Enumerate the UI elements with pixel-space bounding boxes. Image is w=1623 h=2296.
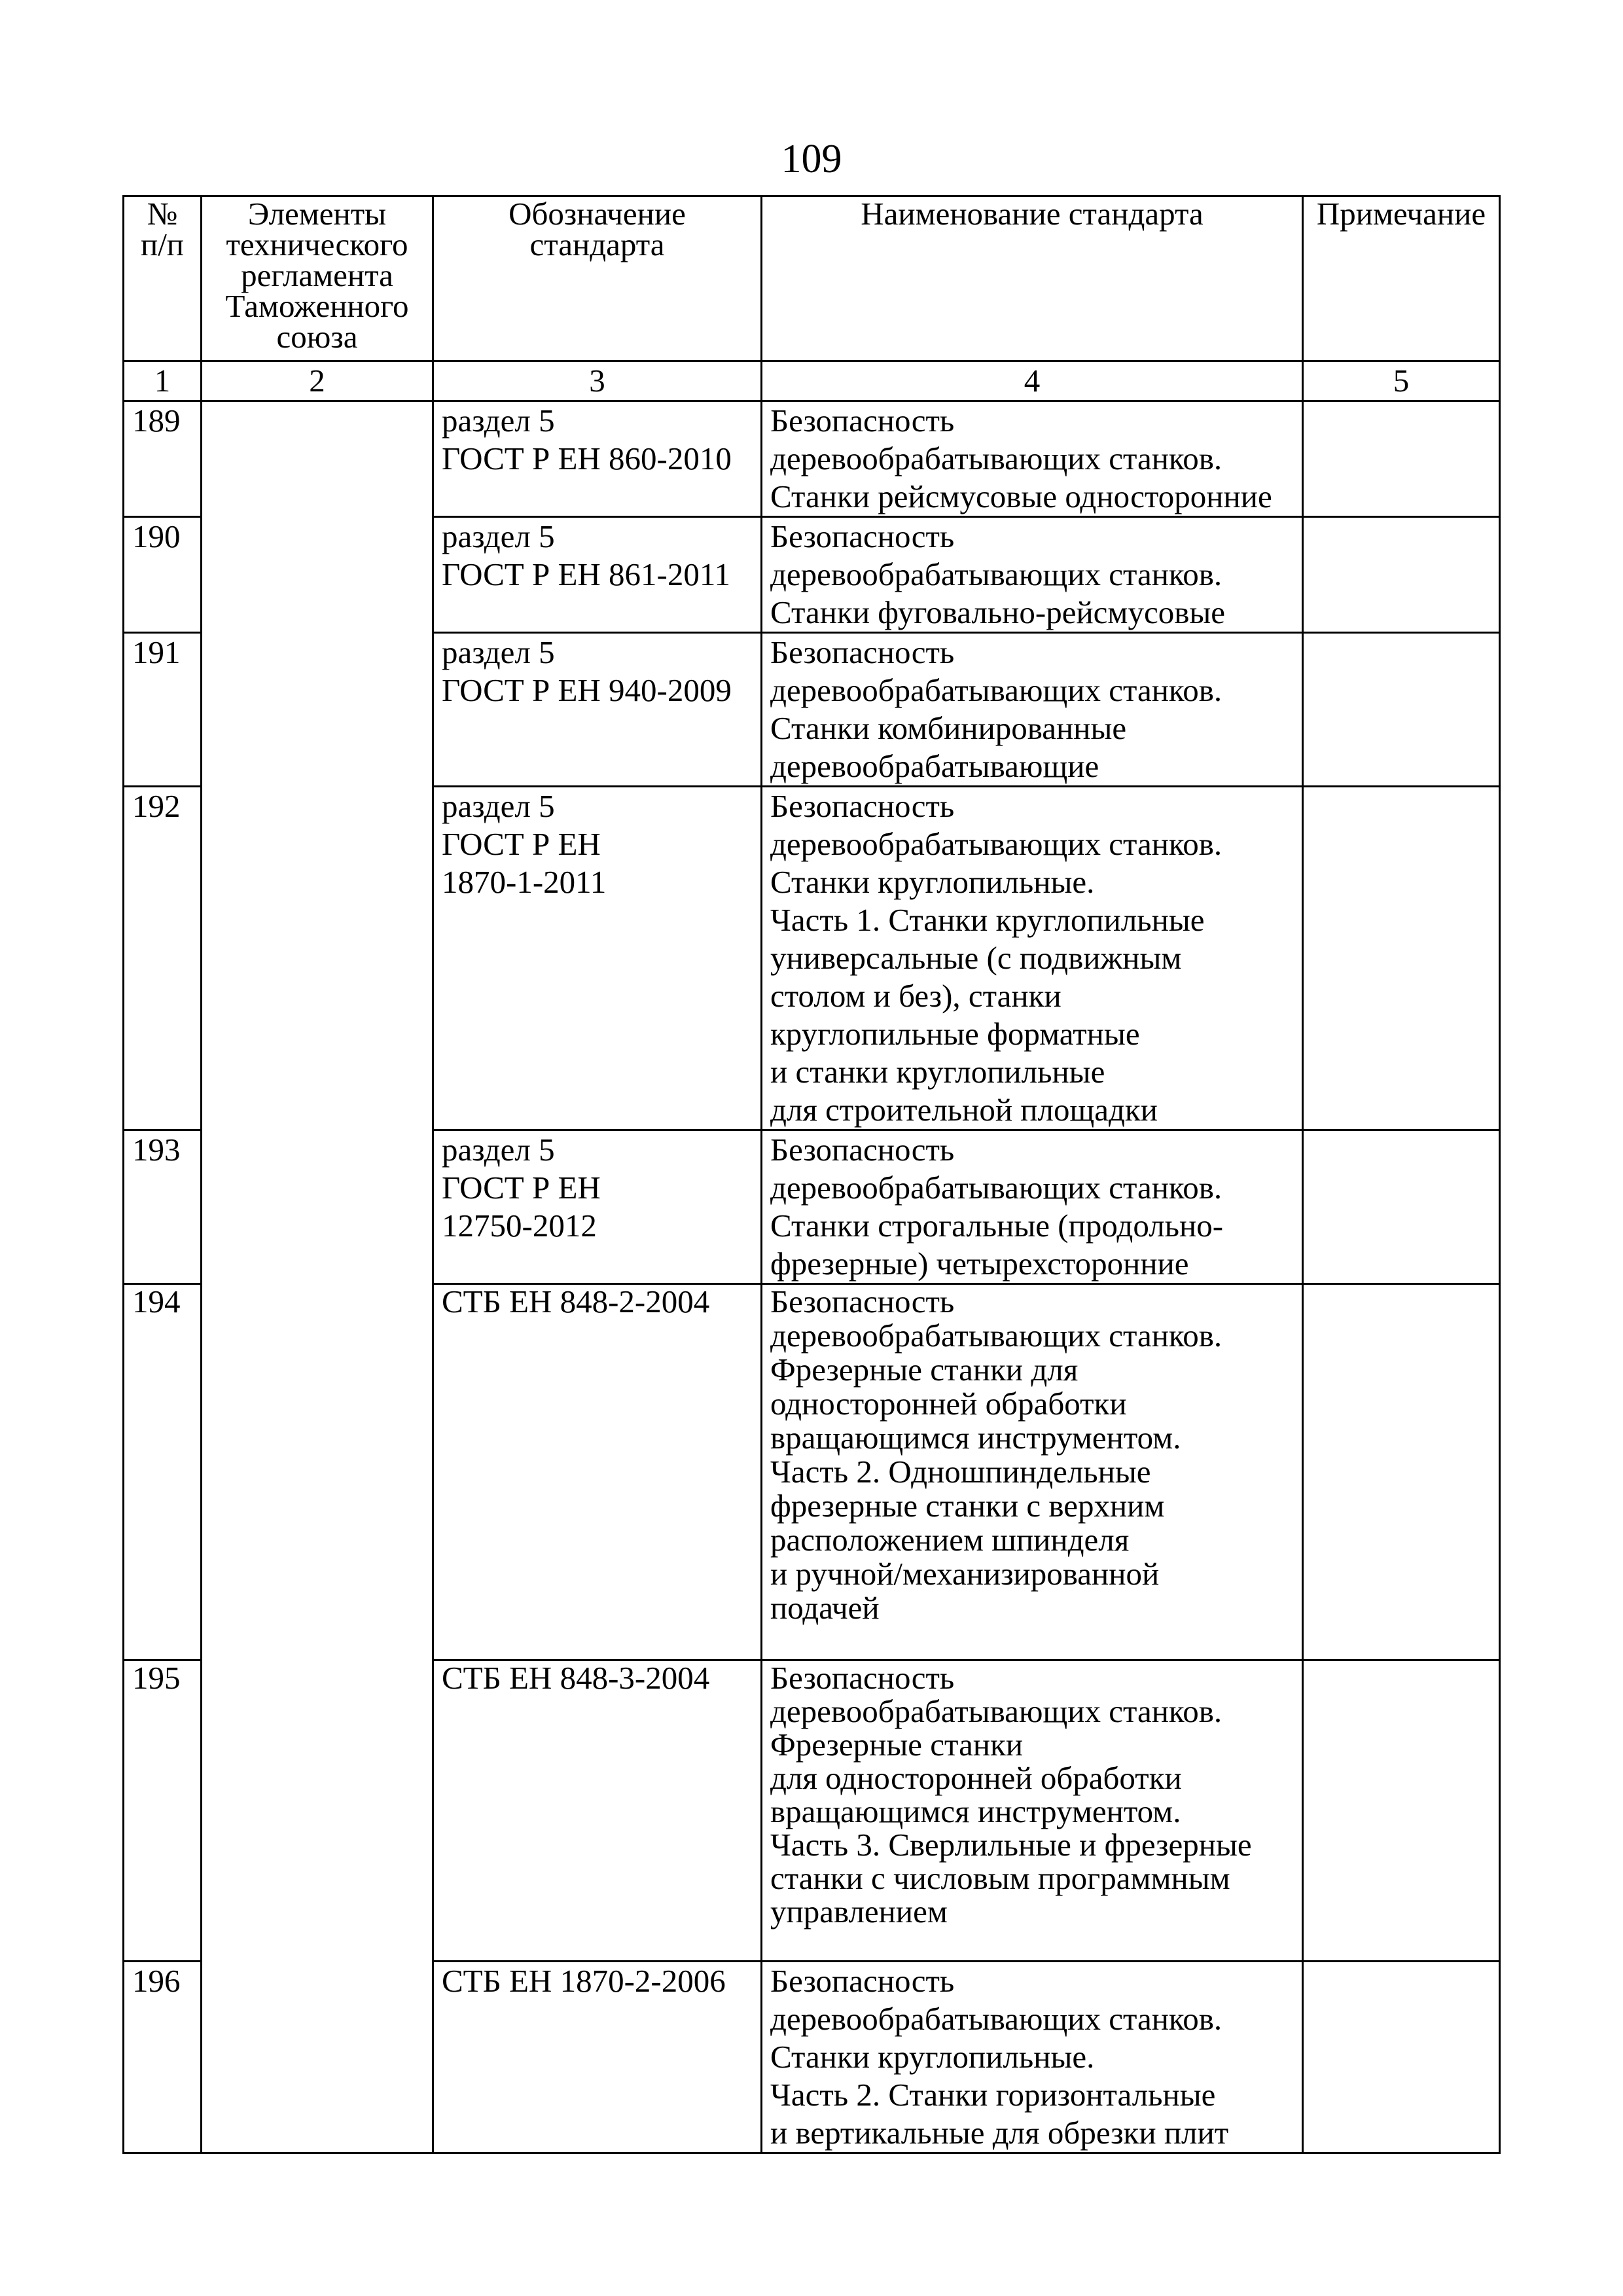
row-number: 190 <box>124 517 202 633</box>
standard-designation-line: ГОСТ Р ЕН <box>442 1169 754 1207</box>
standard-title-line: вращающимся инструментом. <box>770 1795 1295 1828</box>
standard-designation-line: раздел 5 <box>442 402 754 440</box>
standard-title-line: деревообрабатывающих станков. <box>770 1169 1295 1207</box>
row-number: 196 <box>124 1962 202 2153</box>
column-number: 4 <box>762 361 1303 401</box>
standard-title-line: деревообрабатывающих станков. <box>770 672 1295 709</box>
standard-title-line: Станки круглопильные. <box>770 863 1295 901</box>
header-text-line: технического <box>209 229 425 260</box>
row-element <box>202 401 433 517</box>
table-row: 190раздел 5ГОСТ Р ЕН 861-2011Безопасност… <box>124 517 1500 633</box>
column-number: 3 <box>433 361 762 401</box>
standard-designation-line: раздел 5 <box>442 787 754 825</box>
standard-title-line: для строительной площадки <box>770 1091 1295 1129</box>
row-element <box>202 633 433 787</box>
standard-title-line: Безопасность <box>770 1962 1295 2000</box>
header-text-line: стандарта <box>440 229 754 260</box>
header-title: Наименование стандарта <box>762 196 1303 361</box>
row-element <box>202 1284 433 1660</box>
standard-title-line: Часть 2. Станки горизонтальные <box>770 2076 1295 2114</box>
row-number: 193 <box>124 1130 202 1284</box>
table-row: 194СТБ ЕН 848-2-2004Безопасностьдеревооб… <box>124 1284 1500 1660</box>
standard-designation: СТБ ЕН 1870-2-2006 <box>433 1962 762 2153</box>
standard-designation-line: раздел 5 <box>442 518 754 556</box>
standard-title-line: Фрезерные станки <box>770 1728 1295 1761</box>
standard-designation-line: СТБ ЕН 848-2-2004 <box>442 1285 754 1319</box>
standard-designation: СТБ ЕН 848-2-2004 <box>433 1284 762 1660</box>
header-text-line: регламента <box>209 260 425 291</box>
standard-designation-line: СТБ ЕН 1870-2-2006 <box>442 1962 754 2000</box>
standard-title: Безопасностьдеревообрабатывающих станков… <box>762 633 1303 787</box>
table-row: 192раздел 5ГОСТ Р ЕН1870-1-2011Безопасно… <box>124 787 1500 1130</box>
standard-designation: раздел 5ГОСТ Р ЕН12750-2012 <box>433 1130 762 1284</box>
standard-title-line: управлением <box>770 1895 1295 1928</box>
row-number: 191 <box>124 633 202 787</box>
standard-note <box>1303 1962 1500 2153</box>
standard-designation-line: раздел 5 <box>442 634 754 672</box>
standard-designation: раздел 5ГОСТ Р ЕН 860-2010 <box>433 401 762 517</box>
standard-designation: раздел 5ГОСТ Р ЕН1870-1-2011 <box>433 787 762 1130</box>
standard-title-line: Безопасность <box>770 634 1295 672</box>
column-number: 1 <box>124 361 202 401</box>
header-text-line: Элементы <box>209 198 425 229</box>
standard-title-line: Часть 2. Одношпиндельные <box>770 1455 1295 1489</box>
standard-title: Безопасностьдеревообрабатывающих станков… <box>762 1284 1303 1660</box>
row-number: 195 <box>124 1660 202 1962</box>
standard-title-line: деревообрабатывающих станков. <box>770 440 1295 478</box>
standard-title: Безопасностьдеревообрабатывающих станков… <box>762 1660 1303 1962</box>
standard-title-line: круглопильные форматные <box>770 1015 1295 1053</box>
header-text-line: Примечание <box>1310 198 1492 229</box>
row-element <box>202 787 433 1130</box>
standard-title-line: деревообрабатывающих станков. <box>770 1319 1295 1353</box>
standards-table: №п/п ЭлементытехническогорегламентаТамож… <box>122 195 1501 2154</box>
standard-note <box>1303 633 1500 787</box>
header-note: Примечание <box>1303 196 1500 361</box>
standard-title-line: Фрезерные станки для <box>770 1353 1295 1387</box>
standard-title-line: Безопасность <box>770 1131 1295 1169</box>
standard-title-line: деревообрабатывающие <box>770 747 1295 785</box>
standard-title-line: Безопасность <box>770 1661 1295 1695</box>
standard-title-line: универсальные (с подвижным <box>770 939 1295 977</box>
header-text-line: союза <box>209 321 425 352</box>
standard-title: Безопасностьдеревообрабатывающих станков… <box>762 517 1303 633</box>
standard-title-line: столом и без), станки <box>770 977 1295 1015</box>
standard-title-line: односторонней обработки <box>770 1387 1295 1421</box>
standard-title-line: Станки рейсмусовые односторонние <box>770 478 1295 516</box>
standard-title-line: Безопасность <box>770 1285 1295 1319</box>
standard-designation: СТБ ЕН 848-3-2004 <box>433 1660 762 1962</box>
standard-designation-line: ГОСТ Р ЕН 940-2009 <box>442 672 754 709</box>
row-element <box>202 517 433 633</box>
table-row: 195СТБ ЕН 848-3-2004Безопасностьдеревооб… <box>124 1660 1500 1962</box>
header-row: №п/п ЭлементытехническогорегламентаТамож… <box>124 196 1500 361</box>
header-number: №п/п <box>124 196 202 361</box>
table-row: 191раздел 5ГОСТ Р ЕН 940-2009Безопасност… <box>124 633 1500 787</box>
header-designation: Обозначениестандарта <box>433 196 762 361</box>
standard-designation-line: раздел 5 <box>442 1131 754 1169</box>
standard-title-line: Часть 1. Станки круглопильные <box>770 901 1295 939</box>
row-element <box>202 1962 433 2153</box>
standard-designation: раздел 5ГОСТ Р ЕН 861-2011 <box>433 517 762 633</box>
standard-title: Безопасностьдеревообрабатывающих станков… <box>762 401 1303 517</box>
standard-title-line: Безопасность <box>770 518 1295 556</box>
standard-designation-line: ГОСТ Р ЕН <box>442 825 754 863</box>
standard-note <box>1303 787 1500 1130</box>
column-number: 2 <box>202 361 433 401</box>
standard-title-line: фрезерные станки с верхним <box>770 1489 1295 1523</box>
standard-note <box>1303 1660 1500 1962</box>
standard-title-line: Безопасность <box>770 787 1295 825</box>
row-number: 194 <box>124 1284 202 1660</box>
standard-title-line: деревообрабатывающих станков. <box>770 2000 1295 2038</box>
standard-designation-line: 12750-2012 <box>442 1207 754 1245</box>
header-text-line: Таможенного <box>209 291 425 321</box>
standard-title-line: вращающимся инструментом. <box>770 1421 1295 1455</box>
standard-title-line: Станки круглопильные. <box>770 2038 1295 2076</box>
header-text-line: Наименование стандарта <box>769 198 1295 229</box>
standard-title-line: и ручной/механизированной <box>770 1557 1295 1591</box>
standard-title-line: станки с числовым программным <box>770 1861 1295 1895</box>
header-elements: ЭлементытехническогорегламентаТаможенног… <box>202 196 433 361</box>
standard-designation-line: ГОСТ Р ЕН 860-2010 <box>442 440 754 478</box>
table-row: 193раздел 5ГОСТ Р ЕН12750-2012Безопаснос… <box>124 1130 1500 1284</box>
standard-title: Безопасностьдеревообрабатывающих станков… <box>762 787 1303 1130</box>
standard-title-line: Часть 3. Сверлильные и фрезерные <box>770 1828 1295 1861</box>
table-row: 196СТБ ЕН 1870-2-2006Безопасностьдеревоо… <box>124 1962 1500 2153</box>
standard-title-line: Станки строгальные (продольно- <box>770 1207 1295 1245</box>
standard-note <box>1303 1284 1500 1660</box>
standard-title-line: деревообрабатывающих станков. <box>770 825 1295 863</box>
standard-title-line: Станки фуговально-рейсмусовые <box>770 594 1295 632</box>
standard-designation-line: СТБ ЕН 848-3-2004 <box>442 1661 754 1695</box>
column-number-row: 1 2 3 4 5 <box>124 361 1500 401</box>
standard-title-line: для односторонней обработки <box>770 1761 1295 1795</box>
page-number: 109 <box>0 136 1623 182</box>
standard-designation-line: 1870-1-2011 <box>442 863 754 901</box>
standard-title: Безопасностьдеревообрабатывающих станков… <box>762 1130 1303 1284</box>
header-text-line: Обозначение <box>440 198 754 229</box>
standard-note <box>1303 401 1500 517</box>
standard-title: Безопасностьдеревообрабатывающих станков… <box>762 1962 1303 2153</box>
standard-title-line: и станки круглопильные <box>770 1053 1295 1091</box>
column-number: 5 <box>1303 361 1500 401</box>
standard-title-line: Станки комбинированные <box>770 709 1295 747</box>
row-number: 189 <box>124 401 202 517</box>
standard-designation-line: ГОСТ Р ЕН 861-2011 <box>442 556 754 594</box>
standard-title-line: и вертикальные для обрезки плит <box>770 2114 1295 2152</box>
standard-note <box>1303 1130 1500 1284</box>
row-element <box>202 1660 433 1962</box>
row-element <box>202 1130 433 1284</box>
standard-note <box>1303 517 1500 633</box>
standard-designation: раздел 5ГОСТ Р ЕН 940-2009 <box>433 633 762 787</box>
row-number: 192 <box>124 787 202 1130</box>
standard-title-line: деревообрабатывающих станков. <box>770 1695 1295 1728</box>
table-row: 189раздел 5ГОСТ Р ЕН 860-2010Безопасност… <box>124 401 1500 517</box>
standard-title-line: расположением шпинделя <box>770 1523 1295 1557</box>
standard-title-line: Безопасность <box>770 402 1295 440</box>
standard-title-line: подачей <box>770 1591 1295 1625</box>
header-text-line: № <box>127 198 198 229</box>
header-text-line: п/п <box>127 229 198 260</box>
standard-title-line: деревообрабатывающих станков. <box>770 556 1295 594</box>
standard-title-line: фрезерные) четырехсторонние <box>770 1245 1295 1283</box>
